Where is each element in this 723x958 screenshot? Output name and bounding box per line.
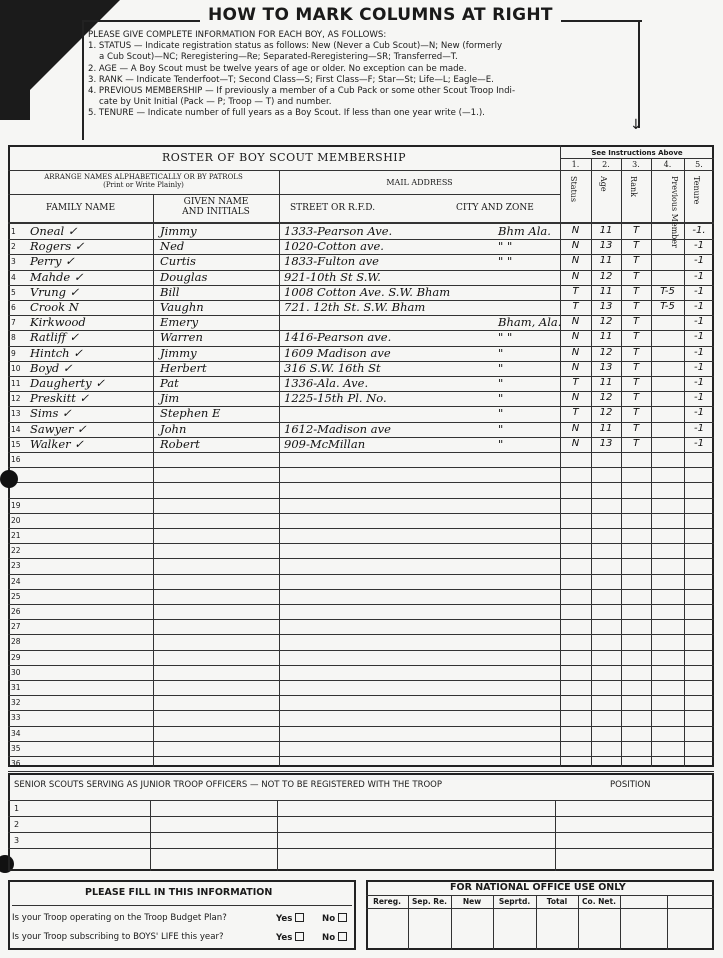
street-cell[interactable]: 1416-Pearson ave. bbox=[284, 330, 391, 344]
boys-life-yes[interactable]: Yes bbox=[276, 932, 304, 943]
age-cell[interactable]: 12 bbox=[591, 316, 621, 327]
age-cell[interactable]: 12 bbox=[591, 392, 621, 403]
rule bbox=[8, 816, 714, 817]
age-cell[interactable]: 13 bbox=[591, 438, 621, 449]
punch-hole bbox=[0, 470, 18, 488]
senior-row-1[interactable]: 1 bbox=[14, 804, 19, 813]
table-row: 23 bbox=[8, 558, 714, 573]
given-name-cell[interactable]: Jimmy bbox=[160, 224, 197, 238]
no-label: No bbox=[322, 933, 335, 943]
status-cell[interactable]: T bbox=[560, 407, 591, 418]
table-row: 12Preskitt ✓Jim1225-15th Pl. No."N12T-1 bbox=[8, 391, 714, 406]
given-name-cell[interactable]: Vaughn bbox=[160, 300, 204, 314]
instruction-age: 2. AGE — A Boy Scout must be twelve year… bbox=[88, 64, 633, 75]
rule bbox=[667, 895, 668, 950]
status-cell[interactable]: N bbox=[560, 225, 591, 236]
given-name-cell[interactable]: John bbox=[160, 422, 186, 436]
tenure-cell[interactable]: -1 bbox=[684, 347, 714, 358]
family-name-cell[interactable]: Ratliff ✓ bbox=[30, 330, 79, 344]
table-row: 27 bbox=[8, 619, 714, 634]
row-number: 31 bbox=[11, 683, 21, 692]
national-office-title: FOR NATIONAL OFFICE USE ONLY bbox=[450, 882, 626, 893]
status-cell[interactable]: N bbox=[560, 331, 591, 342]
given-name-cell[interactable]: Emery bbox=[160, 315, 198, 329]
folded-corner-tip bbox=[0, 100, 30, 120]
checkbox-icon[interactable] bbox=[295, 932, 304, 941]
rule bbox=[150, 800, 151, 871]
rule bbox=[493, 895, 494, 950]
row-number: 33 bbox=[11, 713, 21, 722]
status-cell[interactable]: N bbox=[560, 392, 591, 403]
street-cell[interactable]: 1225-15th Pl. No. bbox=[284, 391, 387, 405]
table-row: 15Walker ✓Robert909-McMillan"N13T-1 bbox=[8, 437, 714, 452]
rule bbox=[560, 158, 714, 159]
checkbox-icon[interactable] bbox=[338, 913, 347, 922]
tenure-cell[interactable]: -1 bbox=[684, 271, 714, 282]
budget-plan-question: Is your Troop operating on the Troop Bud… bbox=[12, 913, 227, 923]
table-row: 14Sawyer ✓John1612-Madison ave"N11T-1 bbox=[8, 422, 714, 437]
checkbox-icon[interactable] bbox=[295, 913, 304, 922]
instruction-status: 1. STATUS — Indicate registration status… bbox=[88, 41, 633, 52]
tenure-cell[interactable]: -1 bbox=[684, 240, 714, 251]
rule bbox=[451, 895, 452, 950]
table-row: 34 bbox=[8, 726, 714, 741]
tenure-cell[interactable]: -1 bbox=[684, 438, 714, 449]
mail-address-header: MAIL ADDRESS bbox=[279, 178, 560, 188]
boys-life-question: Is your Troop subscribing to BOYS' LIFE … bbox=[12, 932, 224, 942]
family-name-cell[interactable]: Walker ✓ bbox=[30, 437, 84, 451]
street-header: STREET OR R.F.D. bbox=[290, 203, 375, 213]
rank-cell[interactable]: T bbox=[621, 240, 651, 251]
table-row: 31 bbox=[8, 680, 714, 695]
family-name-cell[interactable]: Hintch ✓ bbox=[30, 346, 83, 360]
family-name-cell[interactable]: Crook N bbox=[30, 300, 79, 314]
table-row: 1Oneal ✓Jimmy1333-Pearson Ave.Bhm Ala.N1… bbox=[8, 224, 714, 239]
instruction-previous-cont: cate by Unit Initial (Pack — P; Troop — … bbox=[88, 97, 633, 108]
instructions-text: PLEASE GIVE COMPLETE INFORMATION FOR EAC… bbox=[88, 30, 633, 120]
given-name-cell[interactable]: Stephen E bbox=[160, 406, 220, 420]
tenure-cell[interactable]: -1 bbox=[684, 362, 714, 373]
table-row: 16 bbox=[8, 452, 714, 467]
tenure-cell[interactable]: -1 bbox=[684, 392, 714, 403]
family-name-cell[interactable]: Vrung ✓ bbox=[30, 285, 79, 299]
table-row: 28 bbox=[8, 634, 714, 649]
rule bbox=[560, 170, 714, 171]
age-cell[interactable]: 11 bbox=[591, 331, 621, 342]
row-number: 20 bbox=[11, 516, 21, 525]
row-number: 15 bbox=[11, 440, 21, 449]
family-name-cell[interactable]: Daugherty ✓ bbox=[30, 376, 105, 390]
table-row: 22 bbox=[8, 543, 714, 558]
given-name-cell[interactable]: Jimmy bbox=[160, 346, 197, 360]
city-cell[interactable]: " bbox=[498, 361, 503, 375]
table-row: 9Hintch ✓Jimmy1609 Madison ave"N12T-1 bbox=[8, 346, 714, 361]
city-cell[interactable]: " bbox=[498, 422, 503, 436]
row-number: 8 bbox=[11, 333, 16, 342]
no-label: No bbox=[322, 914, 335, 924]
family-name-cell[interactable]: Sawyer ✓ bbox=[30, 422, 87, 436]
col-num-3: 3. bbox=[621, 160, 651, 170]
age-cell[interactable]: 11 bbox=[591, 377, 621, 388]
table-row: 30 bbox=[8, 665, 714, 680]
status-cell[interactable]: N bbox=[560, 362, 591, 373]
senior-scouts-title: SENIOR SCOUTS SERVING AS JUNIOR TROOP OF… bbox=[14, 780, 442, 790]
status-cell[interactable]: N bbox=[560, 240, 591, 251]
rank-cell[interactable]: T bbox=[621, 316, 651, 327]
age-cell[interactable]: 12 bbox=[591, 271, 621, 282]
office-column-header: Rereg. bbox=[366, 897, 408, 906]
yes-label: Yes bbox=[276, 933, 292, 943]
row-number: 2 bbox=[11, 242, 16, 251]
arrange-note: ARRANGE NAMES ALPHABETICALLY OR BY PATRO… bbox=[8, 173, 279, 189]
table-row: 20 bbox=[8, 513, 714, 528]
row-number: 1 bbox=[11, 227, 16, 236]
row-number: 25 bbox=[11, 592, 21, 601]
rule bbox=[8, 832, 714, 833]
status-cell[interactable]: T bbox=[560, 286, 591, 297]
row-number: 3 bbox=[11, 257, 16, 266]
given-name-cell[interactable]: Jim bbox=[160, 391, 179, 405]
row-number: 34 bbox=[11, 729, 21, 738]
street-cell[interactable]: 1612-Madison ave bbox=[284, 422, 391, 436]
rank-cell[interactable]: T bbox=[621, 392, 651, 403]
table-row: 3Perry ✓Curtis1833-Fulton ave" "N11T-1 bbox=[8, 254, 714, 269]
city-cell[interactable]: " bbox=[498, 406, 503, 420]
office-column-header: Sep. Re. bbox=[408, 897, 451, 906]
row-number: 4 bbox=[11, 273, 16, 282]
rank-cell[interactable]: T bbox=[621, 423, 651, 434]
row-number: 30 bbox=[11, 668, 21, 677]
age-cell[interactable]: 13 bbox=[591, 362, 621, 373]
table-row: 19 bbox=[8, 498, 714, 513]
age-cell[interactable]: 12 bbox=[591, 347, 621, 358]
rule bbox=[8, 170, 560, 171]
street-cell[interactable]: 1833-Fulton ave bbox=[284, 254, 379, 268]
instruction-rank: 3. RANK — Indicate Tenderfoot—T; Second … bbox=[88, 75, 633, 86]
tenure-cell[interactable]: -1 bbox=[684, 407, 714, 418]
instruction-tenure: 5. TENURE — Indicate number of full year… bbox=[88, 108, 633, 119]
age-cell[interactable]: 13 bbox=[591, 240, 621, 251]
age-cell[interactable]: 11 bbox=[591, 255, 621, 266]
instruction-previous: 4. PREVIOUS MEMBERSHIP — If previously a… bbox=[88, 86, 633, 97]
tenure-cell[interactable]: -1 bbox=[684, 423, 714, 434]
office-column-header: New bbox=[451, 897, 493, 906]
family-name-cell[interactable]: Rogers ✓ bbox=[30, 239, 84, 253]
tenure-cell[interactable]: -1 bbox=[684, 316, 714, 327]
table-row: 36 bbox=[8, 756, 714, 771]
family-name-cell[interactable]: Boyd ✓ bbox=[30, 361, 73, 375]
rule bbox=[555, 800, 556, 871]
row-number: 5 bbox=[11, 288, 16, 297]
col-num-5: 5. bbox=[684, 160, 714, 170]
col-num-1: 1. bbox=[560, 160, 591, 170]
rank-cell[interactable]: T bbox=[621, 347, 651, 358]
rank-cell[interactable]: T bbox=[621, 271, 651, 282]
col-num-2: 2. bbox=[591, 160, 621, 170]
row-number: 13 bbox=[11, 409, 21, 418]
city-cell[interactable]: Bham, Ala. bbox=[498, 315, 561, 329]
arrange-note-sub: (Print or Write Plainly) bbox=[8, 181, 279, 189]
table-row: 4Mahde ✓Douglas921-10th St S.W.N12T-1 bbox=[8, 270, 714, 285]
arrange-note-line: ARRANGE NAMES ALPHABETICALLY OR BY PATRO… bbox=[8, 173, 279, 181]
rule bbox=[8, 194, 560, 195]
age-cell[interactable]: 11 bbox=[591, 286, 621, 297]
rule bbox=[8, 800, 714, 801]
row-number: 9 bbox=[11, 349, 16, 358]
given-name-cell[interactable]: Curtis bbox=[160, 254, 196, 268]
age-cell[interactable]: 11 bbox=[591, 423, 621, 434]
tenure-cell[interactable]: -1 bbox=[684, 331, 714, 342]
age-cell[interactable]: 13 bbox=[591, 301, 621, 312]
rank-cell[interactable]: T bbox=[621, 407, 651, 418]
family-name-cell[interactable]: Sims ✓ bbox=[30, 406, 72, 420]
status-header: Status bbox=[569, 176, 578, 202]
tenure-cell[interactable]: -1 bbox=[684, 286, 714, 297]
rule bbox=[366, 895, 714, 896]
status-cell[interactable]: N bbox=[560, 255, 591, 266]
given-name-line2: AND INITIALS bbox=[153, 207, 279, 217]
table-row: 24 bbox=[8, 574, 714, 589]
status-cell[interactable]: T bbox=[560, 301, 591, 312]
city-cell[interactable]: " " bbox=[498, 330, 512, 344]
tenure-cell[interactable]: -1 bbox=[684, 377, 714, 388]
street-cell[interactable]: 921-10th St S.W. bbox=[284, 270, 381, 284]
row-number: 12 bbox=[11, 394, 21, 403]
fill-info-title: PLEASE FILL IN THIS INFORMATION bbox=[85, 887, 272, 898]
row-number: 35 bbox=[11, 744, 21, 753]
family-name-cell[interactable]: Oneal ✓ bbox=[30, 224, 77, 238]
rank-cell[interactable]: T bbox=[621, 362, 651, 373]
senior-row-2[interactable]: 2 bbox=[14, 820, 19, 829]
table-row bbox=[8, 467, 714, 482]
city-cell[interactable]: " bbox=[498, 376, 503, 390]
row-number: 26 bbox=[11, 607, 21, 616]
table-row: 33 bbox=[8, 710, 714, 725]
street-cell[interactable]: 1008 Cotton Ave. S.W. Bham bbox=[284, 285, 450, 299]
rank-cell[interactable]: T bbox=[621, 331, 651, 342]
row-number: 6 bbox=[11, 303, 16, 312]
given-name-header: GIVEN NAME AND INITIALS bbox=[153, 197, 279, 217]
see-instructions-header: See Instructions Above bbox=[560, 148, 714, 158]
city-cell[interactable]: " bbox=[498, 391, 503, 405]
row-number: 16 bbox=[11, 455, 21, 464]
tenure-header: Tenure bbox=[692, 176, 701, 204]
row-number: 19 bbox=[11, 501, 21, 510]
office-column-header: Co. Net. bbox=[578, 897, 620, 906]
table-row: 32 bbox=[8, 695, 714, 710]
budget-plan-no[interactable]: No bbox=[322, 913, 347, 924]
instruction-status-cont: a Cub Scout)—NC; Reregistering—Re; Separ… bbox=[88, 52, 633, 63]
street-cell[interactable]: 721. 12th St. S.W. Bham bbox=[284, 300, 425, 314]
row-number: 22 bbox=[11, 546, 21, 555]
table-row: 29 bbox=[8, 650, 714, 665]
status-cell[interactable]: N bbox=[560, 271, 591, 282]
street-cell[interactable]: 1333-Pearson Ave. bbox=[284, 224, 392, 238]
city-cell[interactable]: " bbox=[498, 437, 503, 451]
col-num-4: 4. bbox=[651, 160, 684, 170]
row-number: 32 bbox=[11, 698, 21, 707]
rank-cell[interactable]: T bbox=[621, 225, 651, 236]
status-cell[interactable]: N bbox=[560, 347, 591, 358]
given-name-cell[interactable]: Pat bbox=[160, 376, 179, 390]
rank-cell[interactable]: T bbox=[621, 438, 651, 449]
previous-member-cell[interactable]: T-5 bbox=[651, 301, 684, 312]
rank-cell[interactable]: T bbox=[621, 286, 651, 297]
given-name-cell[interactable]: Bill bbox=[160, 285, 180, 299]
row-number: 28 bbox=[11, 637, 21, 646]
city-cell[interactable]: " " bbox=[498, 239, 512, 253]
given-name-cell[interactable]: Ned bbox=[160, 239, 184, 253]
table-row: 11Daugherty ✓Pat1336-Ala. Ave."T11T-1 bbox=[8, 376, 714, 391]
tenure-cell[interactable]: -1 bbox=[684, 255, 714, 266]
given-name-line1: GIVEN NAME bbox=[153, 197, 279, 207]
given-name-cell[interactable]: Robert bbox=[160, 437, 200, 451]
rank-cell[interactable]: T bbox=[621, 255, 651, 266]
table-row: 6Crook NVaughn721. 12th St. S.W. BhamT13… bbox=[8, 300, 714, 315]
family-name-cell[interactable]: Perry ✓ bbox=[30, 254, 75, 268]
table-row: 8Ratliff ✓Warren1416-Pearson ave." "N11T… bbox=[8, 330, 714, 345]
table-row: 10Boyd ✓Herbert316 S.W. 16th St"N13T-1 bbox=[8, 361, 714, 376]
down-arrow-icon: ↓ bbox=[630, 118, 642, 132]
senior-position-header: POSITION bbox=[610, 780, 650, 790]
roster-title: ROSTER OF BOY SCOUT MEMBERSHIP bbox=[8, 153, 560, 163]
city-cell[interactable]: Bhm Ala. bbox=[498, 224, 551, 238]
office-column-header: Seprtd. bbox=[493, 897, 536, 906]
table-row: 26 bbox=[8, 604, 714, 619]
row-number: 21 bbox=[11, 531, 21, 540]
table-row: 5Vrung ✓Bill1008 Cotton Ave. S.W. BhamT1… bbox=[8, 285, 714, 300]
family-name-header: FAMILY NAME bbox=[8, 203, 153, 213]
rule bbox=[578, 895, 579, 950]
tenure-cell[interactable]: -1 bbox=[684, 301, 714, 312]
instructions-intro: PLEASE GIVE COMPLETE INFORMATION FOR EAC… bbox=[88, 30, 633, 41]
street-cell[interactable]: 1020-Cotton ave. bbox=[284, 239, 384, 253]
table-row bbox=[8, 482, 714, 497]
city-cell[interactable]: " bbox=[498, 346, 503, 360]
rank-cell[interactable]: T bbox=[621, 377, 651, 388]
status-cell[interactable]: N bbox=[560, 438, 591, 449]
table-row: 2Rogers ✓Ned1020-Cotton ave." "N13T-1 bbox=[8, 239, 714, 254]
instructions-right-rule bbox=[638, 20, 640, 128]
street-cell[interactable]: 909-McMillan bbox=[284, 437, 365, 451]
city-cell[interactable]: " " bbox=[498, 254, 512, 268]
street-cell[interactable]: 316 S.W. 16th St bbox=[284, 361, 381, 375]
table-row: 13Sims ✓Stephen E"T12T-1 bbox=[8, 406, 714, 421]
table-row: 25 bbox=[8, 589, 714, 604]
table-row: 7KirkwoodEmeryBham, Ala.N12T-1 bbox=[8, 315, 714, 330]
family-name-cell[interactable]: Kirkwood bbox=[30, 315, 86, 329]
row-number: 29 bbox=[11, 653, 21, 662]
family-name-cell[interactable]: Preskitt ✓ bbox=[30, 391, 89, 405]
given-name-cell[interactable]: Warren bbox=[160, 330, 203, 344]
status-cell[interactable]: T bbox=[560, 377, 591, 388]
row-number: 36 bbox=[11, 759, 21, 768]
budget-plan-yes[interactable]: Yes bbox=[276, 913, 304, 924]
senior-row-3[interactable]: 3 bbox=[14, 836, 19, 845]
row-number: 11 bbox=[11, 379, 21, 388]
given-name-cell[interactable]: Herbert bbox=[160, 361, 207, 375]
instructions-title: HOW TO MARK COLUMNS AT RIGHT bbox=[200, 5, 561, 25]
row-number: 10 bbox=[11, 364, 21, 373]
given-name-cell[interactable]: Douglas bbox=[160, 270, 207, 284]
rule bbox=[277, 800, 278, 871]
age-cell[interactable]: 11 bbox=[591, 225, 621, 236]
row-number: 24 bbox=[11, 577, 21, 586]
row-number: 27 bbox=[11, 622, 21, 631]
rule bbox=[12, 905, 352, 906]
street-cell[interactable]: 1336-Ala. Ave. bbox=[284, 376, 368, 390]
rule bbox=[408, 895, 409, 950]
rule bbox=[620, 895, 621, 950]
previous-member-cell[interactable]: T-5 bbox=[651, 286, 684, 297]
status-cell[interactable]: N bbox=[560, 423, 591, 434]
city-header: CITY AND ZONE bbox=[456, 203, 534, 213]
yes-label: Yes bbox=[276, 914, 292, 924]
row-number: 23 bbox=[11, 561, 21, 570]
boys-life-no[interactable]: No bbox=[322, 932, 347, 943]
row-number: 14 bbox=[11, 425, 21, 434]
age-header: Age bbox=[599, 176, 608, 192]
age-cell[interactable]: 12 bbox=[591, 407, 621, 418]
table-row: 21 bbox=[8, 528, 714, 543]
office-column-header: Total bbox=[536, 897, 578, 906]
rank-cell[interactable]: T bbox=[621, 301, 651, 312]
checkbox-icon[interactable] bbox=[338, 932, 347, 941]
street-cell[interactable]: 1609 Madison ave bbox=[284, 346, 391, 360]
table-row: 35 bbox=[8, 741, 714, 756]
rule bbox=[8, 848, 714, 849]
rule bbox=[536, 895, 537, 950]
status-cell[interactable]: N bbox=[560, 316, 591, 327]
row-number: 7 bbox=[11, 318, 16, 327]
rule bbox=[366, 908, 714, 909]
rank-header: Rank bbox=[629, 176, 638, 197]
family-name-cell[interactable]: Mahde ✓ bbox=[30, 270, 84, 284]
tenure-cell[interactable]: -1. bbox=[684, 225, 714, 236]
